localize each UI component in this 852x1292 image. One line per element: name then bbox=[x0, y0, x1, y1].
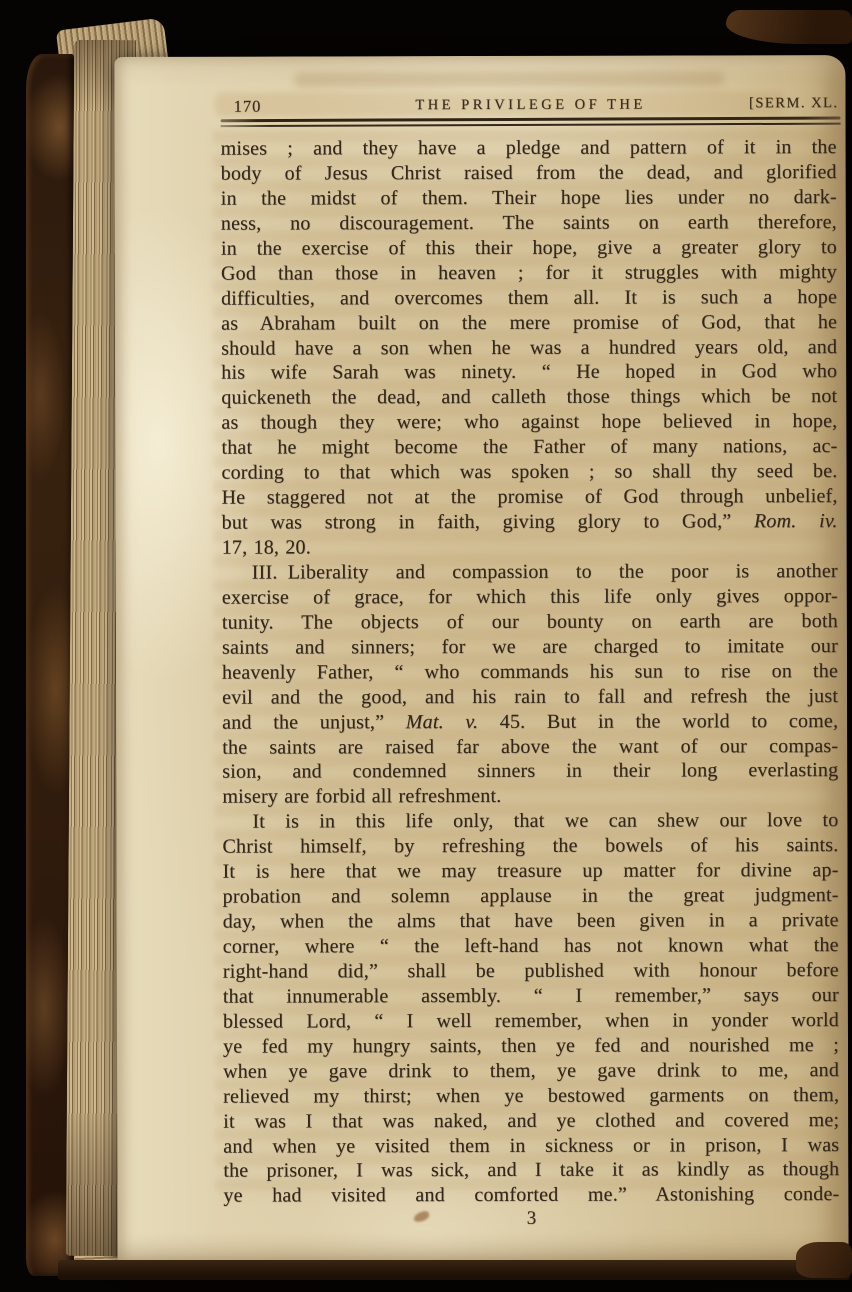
text-line: difficulties, and overcomes them all. It… bbox=[221, 285, 837, 312]
text-line: the saints are raised far above the want… bbox=[222, 734, 838, 761]
text-line: right-hand did,” shall be published with… bbox=[223, 958, 839, 985]
text-line: sion, and condemned sinners in their lon… bbox=[222, 759, 838, 786]
book-cover-corner-top-right bbox=[726, 10, 852, 44]
text-line: the prisoner, I was sick, and I take it … bbox=[223, 1158, 839, 1185]
header-double-rule bbox=[221, 117, 841, 129]
text-line: and the unjust,” Mat. v. 45. But in the … bbox=[222, 709, 838, 736]
text-line: Christ himself, by refreshing the bowels… bbox=[222, 833, 838, 860]
section-label: [SERM. XL. bbox=[749, 95, 839, 112]
text-line: cording to that which was spoken ; so sh… bbox=[221, 459, 837, 486]
text-line: when ye gave drink to them, ye gave drin… bbox=[223, 1058, 839, 1085]
book-photo: 170 THE PRIVILEGE OF THE [SERM. XL. mise… bbox=[0, 0, 852, 1292]
text-line: but was strong in faith, giving glory to… bbox=[222, 509, 838, 536]
text-line: and when ye visited them in sickness or … bbox=[223, 1133, 839, 1160]
book-board-bottom-edge bbox=[58, 1260, 850, 1280]
text-line: as though they were; who against hope be… bbox=[221, 409, 837, 436]
text-line: ness, no discouragement. The saints on e… bbox=[221, 210, 837, 237]
book-cover-corner-bottom-right bbox=[796, 1242, 852, 1278]
text-line: his wife Sarah was ninety. “ He hoped in… bbox=[221, 360, 837, 387]
text-line: III. Liberality and compassion to the po… bbox=[222, 559, 838, 586]
signature-mark: 3 bbox=[223, 1207, 839, 1231]
rule-thick-line bbox=[221, 117, 841, 123]
text-line: evil and the good, and his rain to fall … bbox=[222, 684, 838, 711]
text-line: mises ; and they have a pledge and patte… bbox=[221, 135, 837, 162]
text-line: tunity. The objects of our bounty on ear… bbox=[222, 609, 838, 636]
page-header: 170 THE PRIVILEGE OF THE [SERM. XL. bbox=[221, 93, 841, 117]
body-text: mises ; and they have a pledge and patte… bbox=[221, 135, 840, 1209]
text-line: heavenly Father, “ who commands his sun … bbox=[222, 659, 838, 686]
text-line: probation and solemn applause in the gre… bbox=[223, 883, 839, 910]
text-line: He staggered not at the promise of God t… bbox=[222, 484, 838, 511]
text-line: it was I that was naked, and ye clothed … bbox=[223, 1108, 839, 1135]
text-line: in the exercise of this their hope, give… bbox=[221, 235, 837, 262]
text-line: It is in this life only, that we can she… bbox=[222, 808, 838, 835]
text-line: misery are forbid all refreshment. bbox=[222, 783, 838, 810]
text-line: ye fed my hungry saints, then ye fed and… bbox=[223, 1033, 839, 1060]
text-line: 17, 18, 20. bbox=[222, 534, 838, 561]
text-line: day, when the alms that have been given … bbox=[223, 908, 839, 935]
text-line: ye had visited and comforted me.” Astoni… bbox=[223, 1182, 839, 1209]
paper-ghost-text-stain bbox=[294, 71, 724, 87]
text-line: God than those in heaven ; for it strugg… bbox=[221, 260, 837, 287]
text-line: in the midst of them. Their hope lies un… bbox=[221, 185, 837, 212]
text-line: relieved my thirst; when ye bestowed gar… bbox=[223, 1083, 839, 1110]
book-page: 170 THE PRIVILEGE OF THE [SERM. XL. mise… bbox=[114, 55, 848, 1265]
text-line: body of Jesus Christ raised from the dea… bbox=[221, 160, 837, 187]
rule-thin-line bbox=[221, 123, 841, 127]
text-line: as Abraham built on the mere promise of … bbox=[221, 310, 837, 337]
text-line: blessed Lord, “ I well remember, when in… bbox=[223, 1008, 839, 1035]
text-line: quickeneth the dead, and calleth those t… bbox=[221, 384, 837, 411]
text-line: that he might become the Father of many … bbox=[221, 434, 837, 461]
text-line: should have a son when he was a hundred … bbox=[221, 335, 837, 362]
text-line: It is here that we may treasure up matte… bbox=[223, 858, 839, 885]
text-line: saints and sinners; for we are charged t… bbox=[222, 634, 838, 661]
text-line: exercise of grace, for which this life o… bbox=[222, 584, 838, 611]
text-line: that innumerable assembly. “ I remember,… bbox=[223, 983, 839, 1010]
text-line: corner, where “ the left-hand has not kn… bbox=[223, 933, 839, 960]
